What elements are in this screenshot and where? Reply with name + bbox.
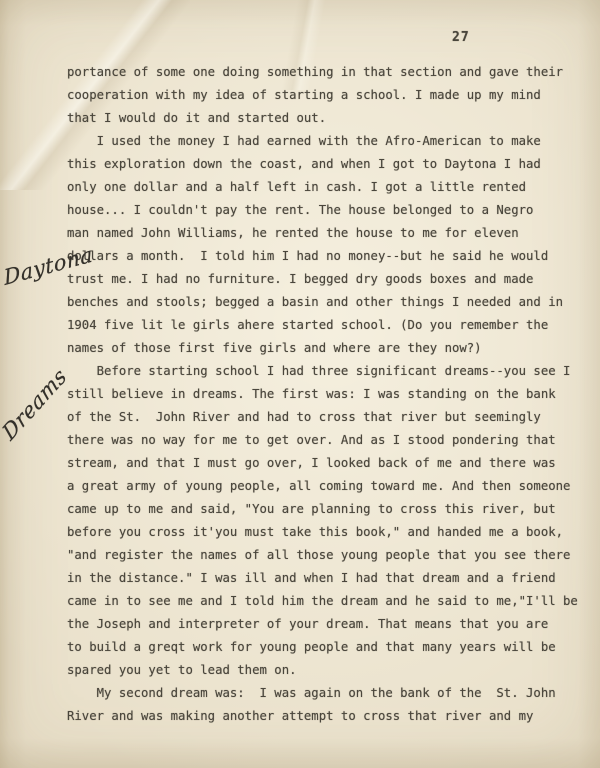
typed-line: of the St. John River and had to cross t… [67, 406, 597, 429]
typed-line: trust me. I had no furniture. I begged d… [67, 268, 597, 291]
typed-line: came in to see me and I told him the dre… [67, 590, 597, 613]
typed-line: man named John Williams, he rented the h… [67, 222, 597, 245]
typed-line: dollars a month. I told him I had no mon… [67, 245, 597, 268]
typed-line: came up to me and said, "You are plannin… [67, 498, 597, 521]
typed-line: River and was making another attempt to … [67, 705, 597, 728]
typed-line: there was no way for me to get over. And… [67, 429, 597, 452]
typed-line: portance of some one doing something in … [67, 61, 597, 84]
typed-line: that I would do it and started out. [67, 107, 597, 130]
typed-line: a great army of young people, all coming… [67, 475, 597, 498]
typed-line: "and register the names of all those you… [67, 544, 597, 567]
typed-line: cooperation with my idea of starting a s… [67, 84, 597, 107]
typed-line: My second dream was: I was again on the … [67, 682, 597, 705]
typed-line: names of those first five girls and wher… [67, 337, 597, 360]
page-number: 27 [452, 30, 470, 45]
typed-line: benches and stools; begged a basin and o… [67, 291, 597, 314]
typed-line: house... I couldn't pay the rent. The ho… [67, 199, 597, 222]
typed-line: this exploration down the coast, and whe… [67, 153, 597, 176]
typed-line: spared you yet to lead them on. [67, 659, 597, 682]
margin-note-dreams: Dreams [0, 363, 71, 445]
typed-line: 1904 five lit le girls ahere started sch… [67, 314, 597, 337]
typed-line: before you cross it'you must take this b… [67, 521, 597, 544]
typed-text-body: portance of some one doing something in … [67, 61, 597, 728]
typed-line: Before starting school I had three signi… [67, 360, 597, 383]
typed-line: in the distance." I was ill and when I h… [67, 567, 597, 590]
typed-line: the Joseph and interpreter of your dream… [67, 613, 597, 636]
typed-line: to build a greqt work for young people a… [67, 636, 597, 659]
typed-line: only one dollar and a half left in cash.… [67, 176, 597, 199]
document-page: 27 portance of some one doing something … [0, 0, 600, 768]
typed-line: still believe in dreams. The first was: … [67, 383, 597, 406]
typed-line: I used the money I had earned with the A… [67, 130, 597, 153]
typed-line: stream, and that I must go over, I looke… [67, 452, 597, 475]
